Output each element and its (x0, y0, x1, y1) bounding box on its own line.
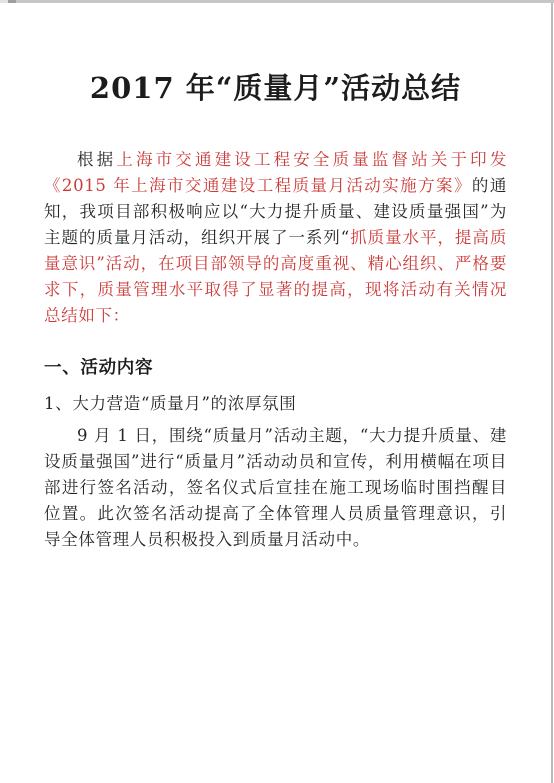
page-right-border (551, 3, 553, 783)
intro-paragraph: 根据上海市交通建设工程安全质量监督站关于印发《2015 年上海市交通建设工程质量… (44, 147, 507, 329)
document-content: 2017 年“质量月”活动总结 根据上海市交通建设工程安全质量监督站关于印发《2… (44, 0, 507, 553)
page-top-edge-light-segment (0, 0, 8, 3)
section-heading-activities: 一、活动内容 (44, 356, 507, 380)
document-page: 2017 年“质量月”活动总结 根据上海市交通建设工程安全质量监督站关于印发《2… (0, 0, 554, 783)
activity-paragraph: 9 月 1 日，围绕“质量月”活动主题，“大力提升质量、建设质量强国”进行“质量… (44, 423, 507, 553)
document-title: 2017 年“质量月”活动总结 (44, 70, 507, 106)
subsection-heading-atmosphere: 1、大力营造“质量月”的浓厚氛围 (44, 392, 507, 416)
page-top-edge-dark-segment (8, 0, 16, 3)
intro-lead-text: 根据 (77, 150, 116, 169)
